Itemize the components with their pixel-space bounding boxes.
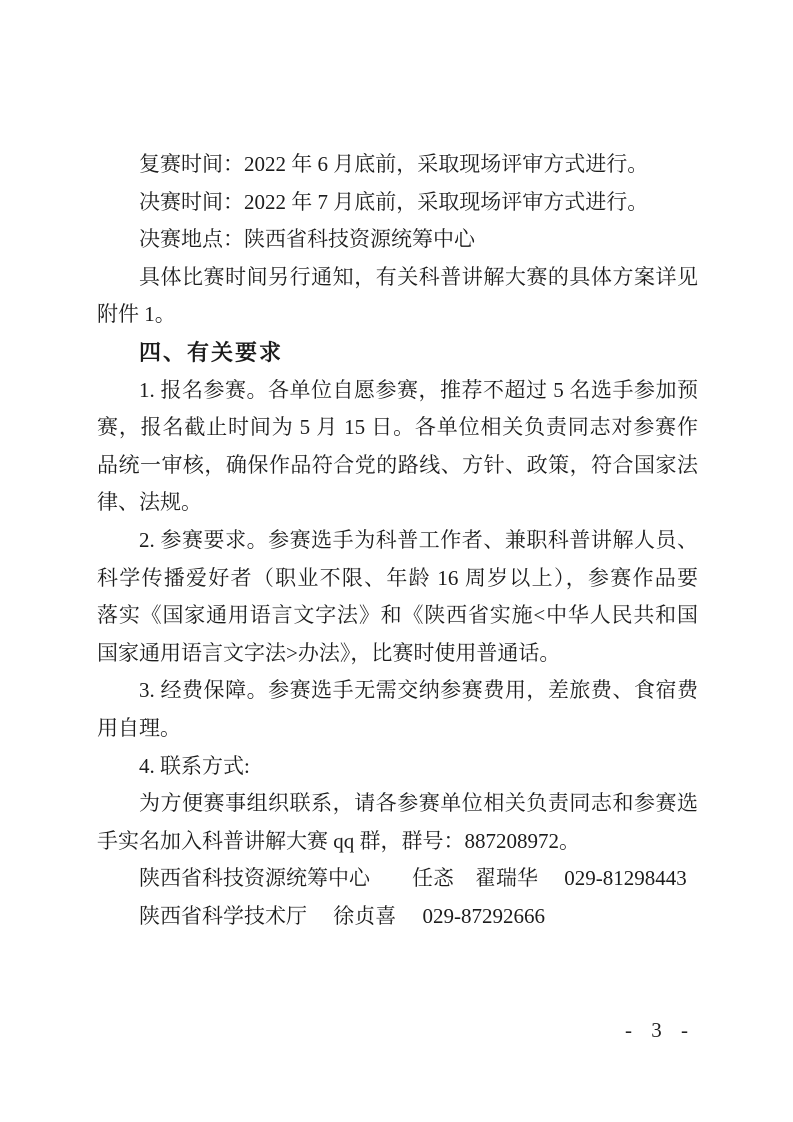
text-line: 手实名加入科普讲解大赛 qq 群，群号：887208972。: [97, 823, 698, 861]
text-line: 律、法规。: [97, 484, 698, 522]
text-line: 复赛时间：2022 年 6 月底前，采取现场评审方式进行。: [97, 146, 698, 184]
text-line: 为方便赛事组织联系，请各参赛单位相关负责同志和参赛选: [97, 785, 698, 823]
text-line: 落实《国家通用语言文字法》和《陕西省实施<中华人民共和国: [97, 597, 698, 635]
text-line: 3. 经费保障。参赛选手无需交纳参赛费用，差旅费、食宿费: [97, 672, 698, 710]
text-line: 2. 参赛要求。参赛选手为科普工作者、兼职科普讲解人员、: [97, 522, 698, 560]
text-line: 具体比赛时间另行通知，有关科普讲解大赛的具体方案详见: [97, 259, 698, 297]
text-line: 4. 联系方式:: [97, 748, 698, 786]
text-line: 科学传播爱好者（职业不限、年龄 16 周岁以上），参赛作品要: [97, 560, 698, 598]
text-line: 赛，报名截止时间为 5 月 15 日。各单位相关负责同志对参赛作: [97, 409, 698, 447]
text-line: 陕西省科技资源统筹中心 任忞 翟瑞华 029-81298443: [97, 860, 698, 898]
text-line: 决赛地点：陕西省科技资源统筹中心: [97, 221, 698, 259]
text-line: 1. 报名参赛。各单位自愿参赛，推荐不超过 5 名选手参加预: [97, 372, 698, 410]
text-line: 附件 1。: [97, 296, 698, 334]
text-line: 用自理。: [97, 710, 698, 748]
section-heading: 四、有关要求: [97, 334, 698, 372]
document-body: 复赛时间：2022 年 6 月底前，采取现场评审方式进行。决赛时间：2022 年…: [97, 146, 698, 935]
text-line: 国家通用语言文字法>办法》，比赛时使用普通话。: [97, 635, 698, 673]
document-page: 复赛时间：2022 年 6 月底前，采取现场评审方式进行。决赛时间：2022 年…: [0, 0, 793, 1122]
text-line: 决赛时间：2022 年 7 月底前，采取现场评审方式进行。: [97, 184, 698, 222]
text-line: 品统一审核，确保作品符合党的路线、方针、政策，符合国家法: [97, 447, 698, 485]
text-line: 陕西省科学技术厅 徐贞喜 029-87292666: [97, 898, 698, 936]
page-number: - 3 -: [625, 1018, 695, 1043]
